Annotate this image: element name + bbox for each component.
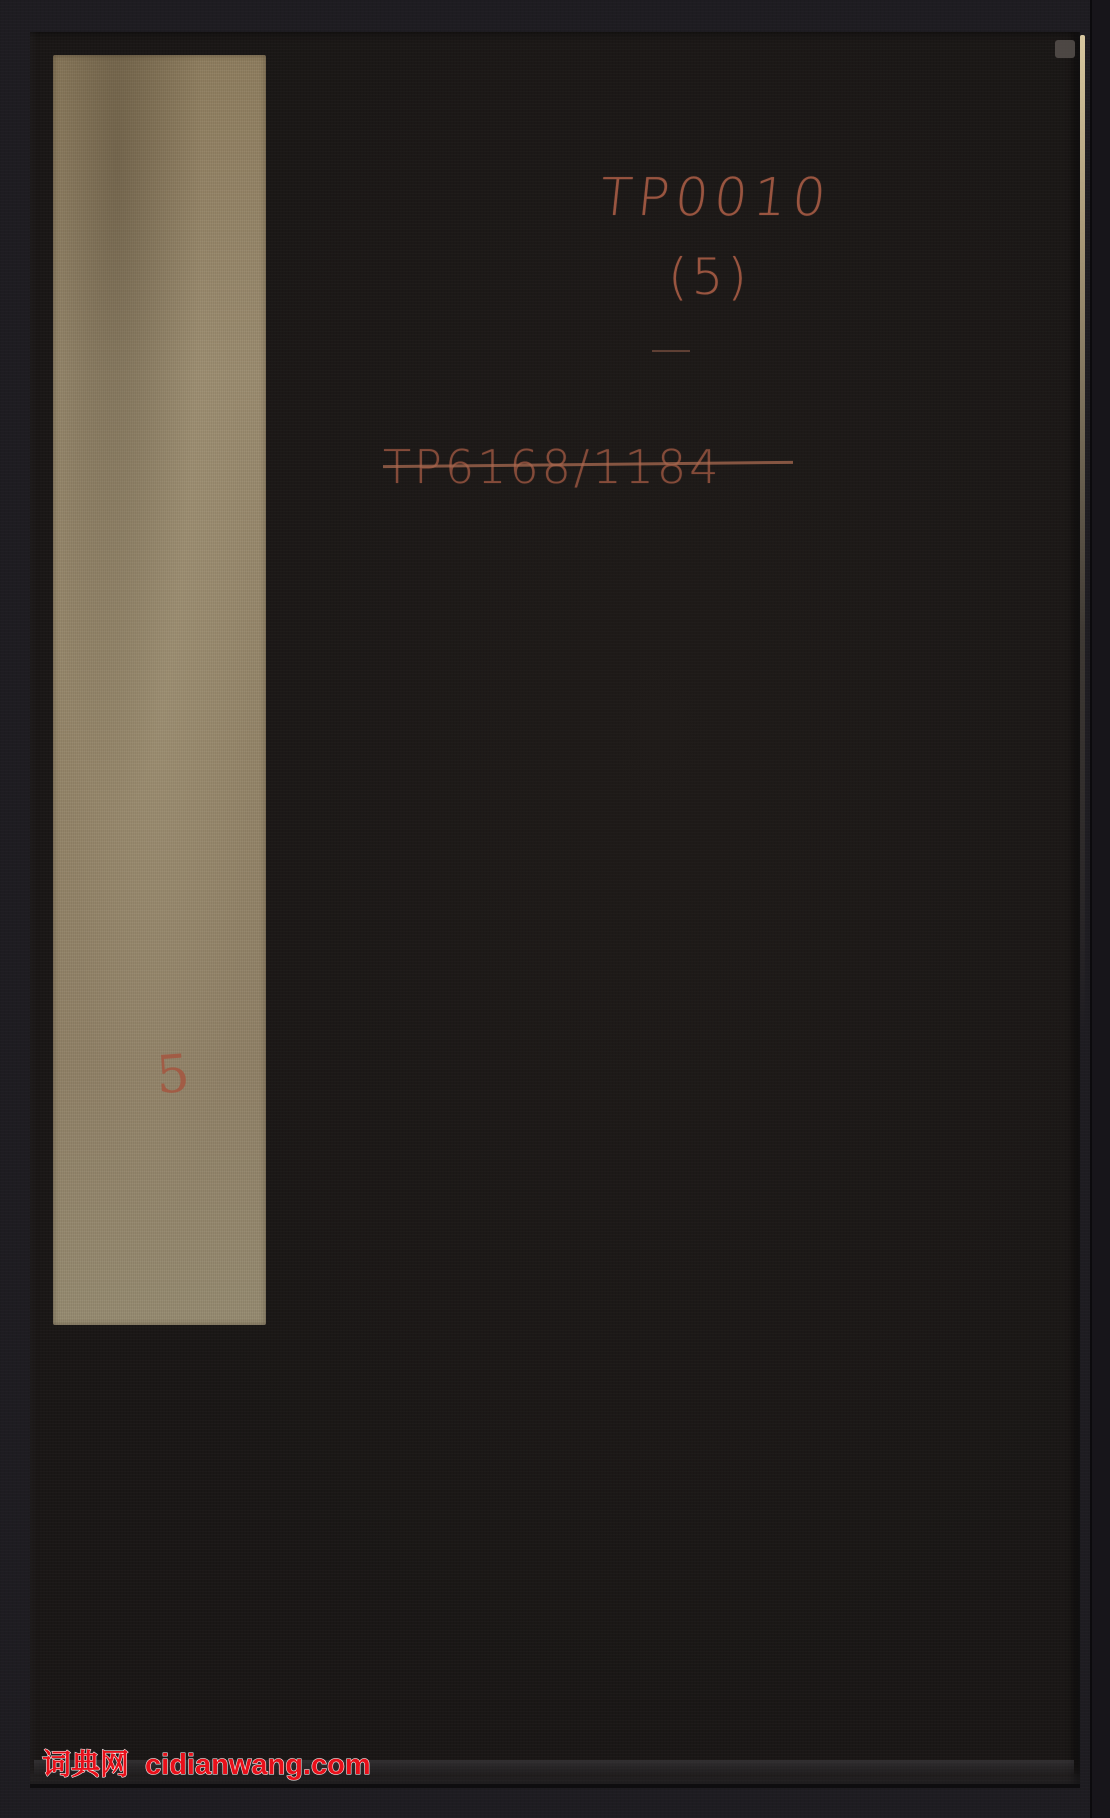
call-number-annotation: TP0010 — [597, 168, 835, 228]
page-edge — [1080, 35, 1085, 1035]
scanner-edge — [1090, 0, 1110, 1818]
watermark-site-name: 词典网 — [42, 1749, 129, 1781]
label-red-mark: 5 — [141, 1038, 206, 1112]
watermark-domain: cidianwang.com — [145, 1749, 371, 1781]
title-label-slip — [53, 55, 266, 1325]
dash-annotation — [652, 350, 690, 352]
watermark: 词典网cidianwang.com — [42, 1742, 387, 1783]
volume-annotation: (5) — [668, 248, 751, 306]
page-edge-corner — [1055, 40, 1075, 58]
